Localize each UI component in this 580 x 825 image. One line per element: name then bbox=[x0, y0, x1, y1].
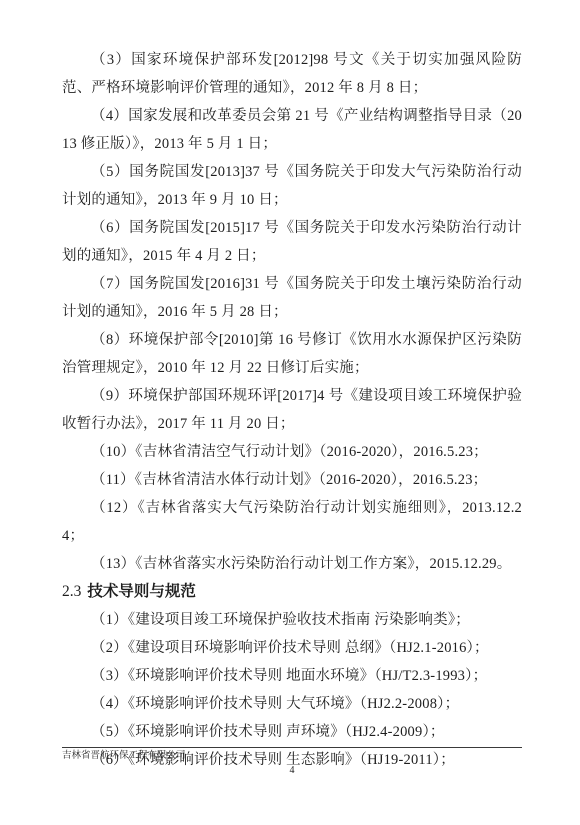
page-footer: 吉林省晋航环保工程有限公司 4 bbox=[62, 747, 522, 777]
regulation-item: （7）国务院国发[2016]31 号《国务院关于印发土壤污染防治行动计划的通知》… bbox=[62, 270, 522, 326]
guideline-item: （3）《环境影响评价技术导则 地面水环境》（HJ/T2.3-1993）； bbox=[62, 662, 522, 690]
regulation-item: （12）《吉林省落实大气污染防治行动计划实施细则》，2013.12.24； bbox=[62, 494, 522, 550]
regulation-item: （10）《吉林省清洁空气行动计划》（2016-2020），2016.5.23； bbox=[62, 438, 522, 466]
guideline-item: （5）《环境影响评价技术导则 声环境》（HJ2.4-2009）； bbox=[62, 718, 522, 746]
guideline-item: （2）《建设项目环境影响评价技术导则 总纲》（HJ2.1-2016）； bbox=[62, 634, 522, 662]
section-title: 技术导则与规范 bbox=[87, 583, 196, 600]
regulation-item: （3）国家环境保护部环发[2012]98 号文《关于切实加强风险防范、严格环境影… bbox=[62, 46, 522, 102]
regulation-item: （6）国务院国发[2015]17 号《国务院关于印发水污染防治行动计划的通知》，… bbox=[62, 214, 522, 270]
footer-company-name: 吉林省晋航环保工程有限公司 bbox=[62, 748, 522, 763]
page-number: 4 bbox=[62, 765, 522, 777]
regulation-item: （11）《吉林省清洁水体行动计划》（2016-2020），2016.5.23； bbox=[62, 466, 522, 494]
section-number: 2.3 bbox=[62, 583, 81, 600]
regulation-item: （9）环境保护部国环规环评[2017]4 号《建设项目竣工环境保护验收暂行办法》… bbox=[62, 382, 522, 438]
regulation-item: （5）国务院国发[2013]37 号《国务院关于印发大气污染防治行动计划的通知》… bbox=[62, 158, 522, 214]
section-heading: 2.3技术导则与规范 bbox=[62, 578, 522, 606]
regulation-item: （13）《吉林省落实水污染防治行动计划工作方案》，2015.12.29。 bbox=[62, 550, 522, 578]
guideline-item: （1）《建设项目竣工环境保护验收技术指南 污染影响类》； bbox=[62, 606, 522, 634]
guideline-item: （4）《环境影响评价技术导则 大气环境》（HJ2.2-2008）； bbox=[62, 690, 522, 718]
document-page: （3）国家环境保护部环发[2012]98 号文《关于切实加强风险防范、严格环境影… bbox=[0, 0, 580, 825]
page-content: （3）国家环境保护部环发[2012]98 号文《关于切实加强风险防范、严格环境影… bbox=[62, 46, 522, 774]
regulation-item: （8）环境保护部令[2010]第 16 号修订《饮用水水源保护区污染防治管理规定… bbox=[62, 326, 522, 382]
regulation-item: （4）国家发展和改革委员会第 21 号《产业结构调整指导目录（2013 修正版）… bbox=[62, 102, 522, 158]
